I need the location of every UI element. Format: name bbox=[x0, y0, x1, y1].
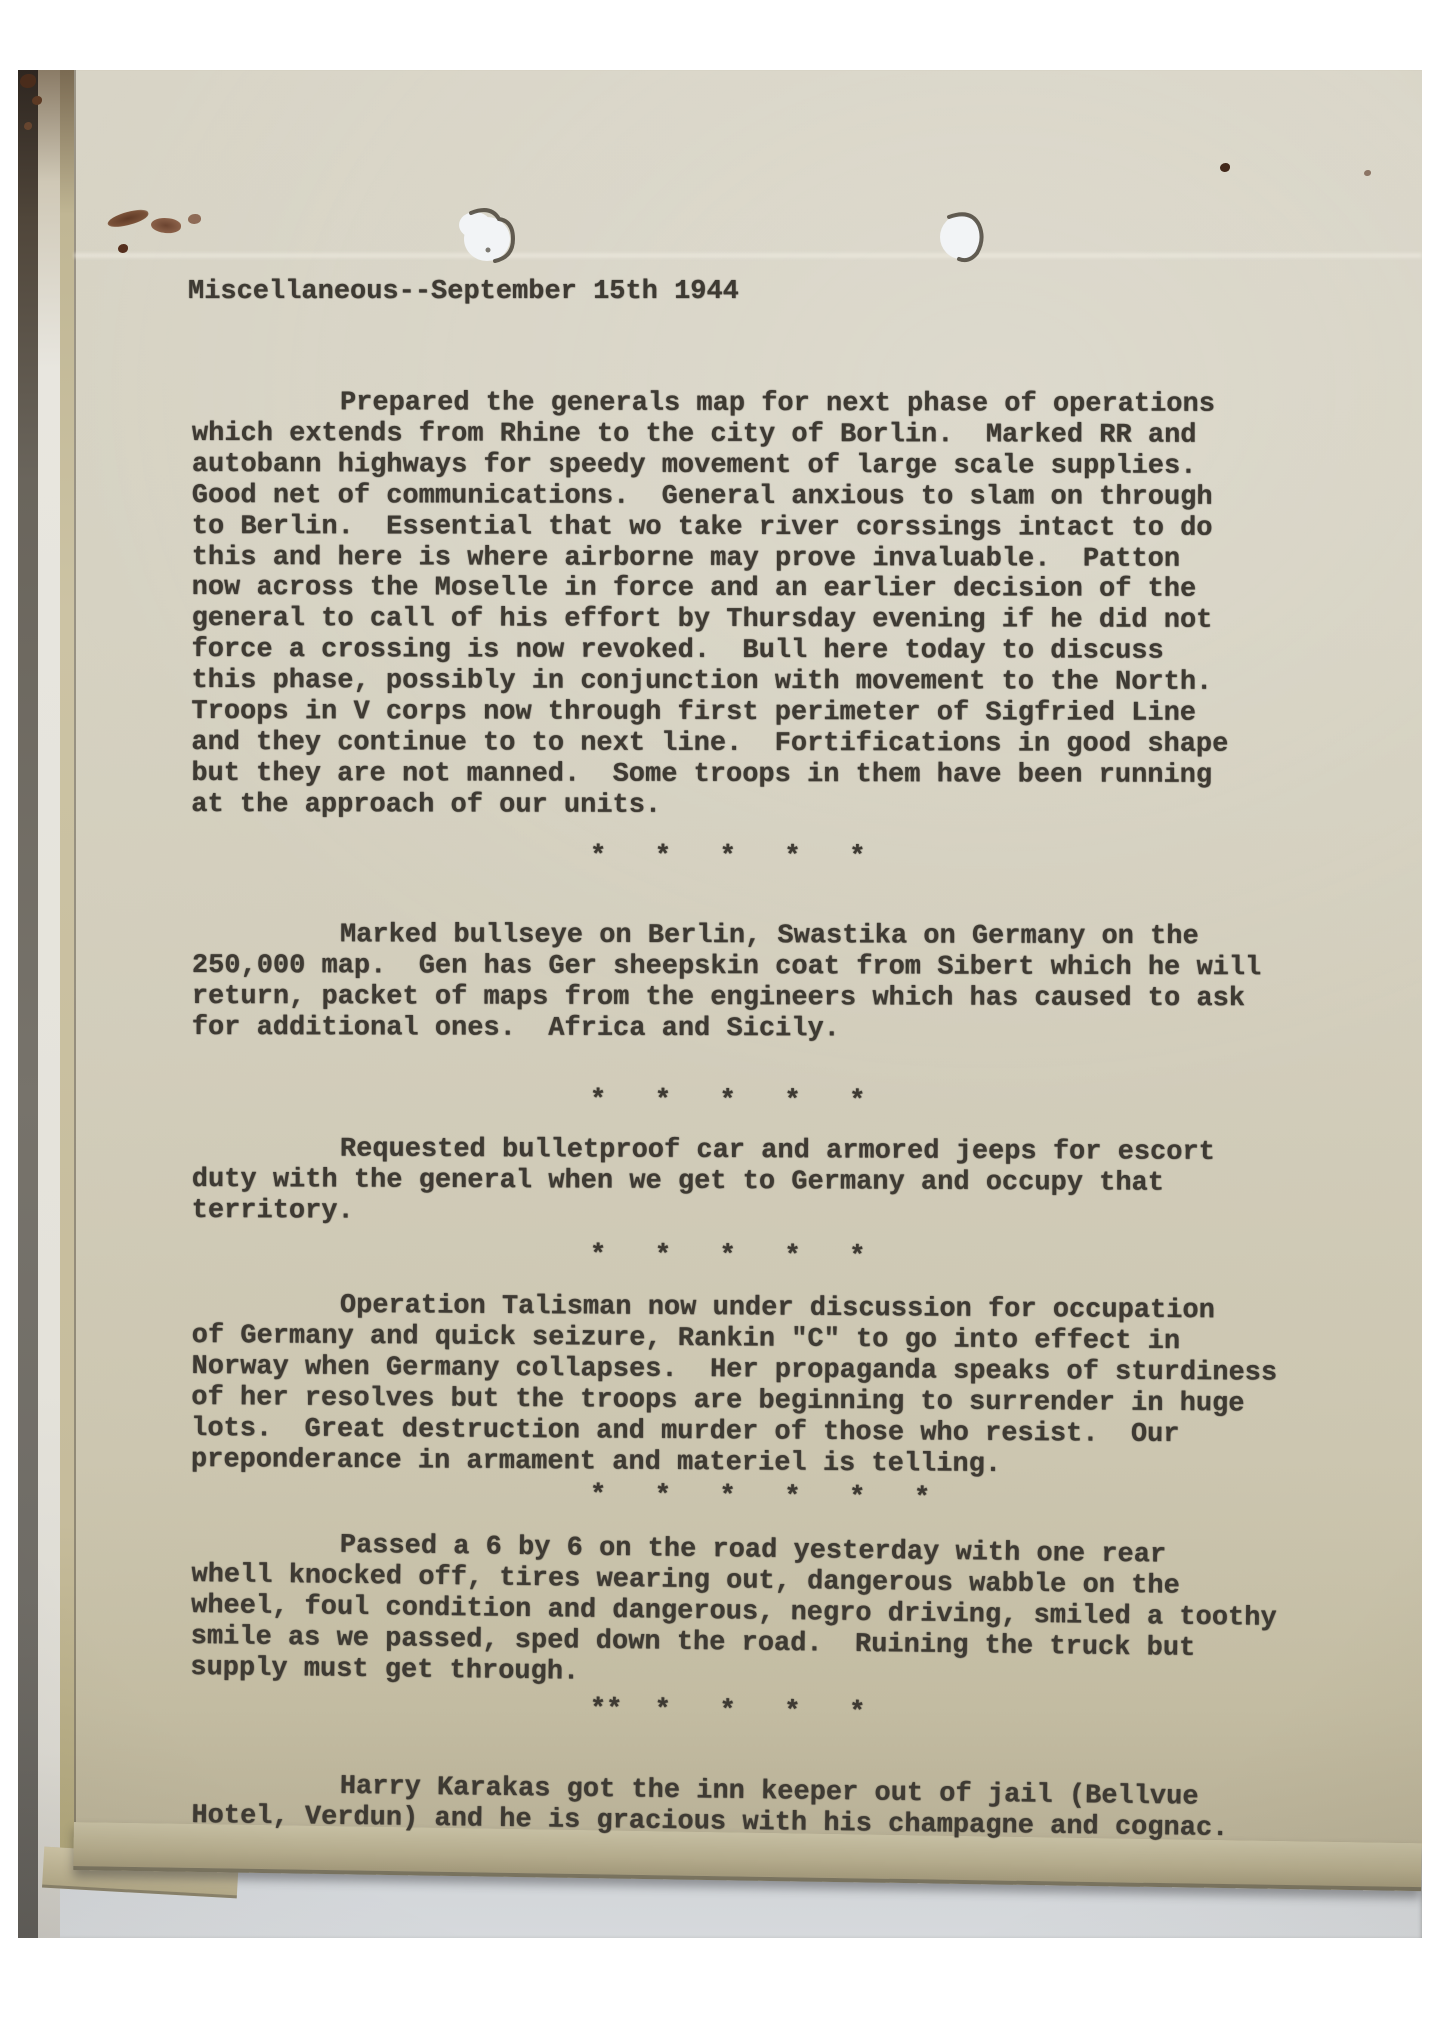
scanned-page-canvas: Miscellaneous--September 15th 1944 Prepa… bbox=[0, 0, 1440, 2038]
rust-speck bbox=[1220, 163, 1230, 172]
corner-stain bbox=[20, 74, 36, 88]
punch-hole-right bbox=[931, 205, 995, 274]
rust-speck bbox=[118, 244, 128, 253]
asterisk-divider: * * * * * * bbox=[590, 1481, 931, 1515]
paper-crease bbox=[74, 253, 1422, 258]
paragraph-bullseye-berlin: Marked bullseye on Berlin, Swastika on G… bbox=[192, 920, 1262, 1046]
asterisk-divider: * * * * * bbox=[590, 1241, 866, 1273]
asterisk-divider: ** * * * * bbox=[590, 1695, 866, 1729]
document-title: Miscellaneous--September 15th 1944 bbox=[188, 277, 739, 308]
paragraph-harry-karakas: Harry Karakas got the inn keeper out of … bbox=[191, 1770, 1229, 1845]
paragraph-bulletproof-car: Requested bulletproof car and armored je… bbox=[192, 1134, 1215, 1231]
corner-stain bbox=[32, 96, 42, 105]
punch-hole-left bbox=[447, 203, 525, 276]
binder-gutter-shadow bbox=[18, 70, 38, 1938]
corner-stain bbox=[24, 122, 32, 130]
paragraph-six-by-six-truck: Passed a 6 by 6 on the road yesterday wi… bbox=[190, 1529, 1277, 1696]
rust-speck bbox=[1364, 170, 1371, 176]
paragraph-operations-map: Prepared the generals map for next phase… bbox=[191, 388, 1229, 822]
asterisk-divider: * * * * * bbox=[590, 842, 866, 873]
rust-speck bbox=[188, 214, 201, 224]
asterisk-divider: * * * * * bbox=[590, 1086, 866, 1118]
photo-of-document: Miscellaneous--September 15th 1944 Prepa… bbox=[18, 70, 1422, 1938]
under-page-edge bbox=[38, 70, 60, 1938]
paragraph-operation-talisman: Operation Talisman now under discussion … bbox=[191, 1290, 1278, 1482]
